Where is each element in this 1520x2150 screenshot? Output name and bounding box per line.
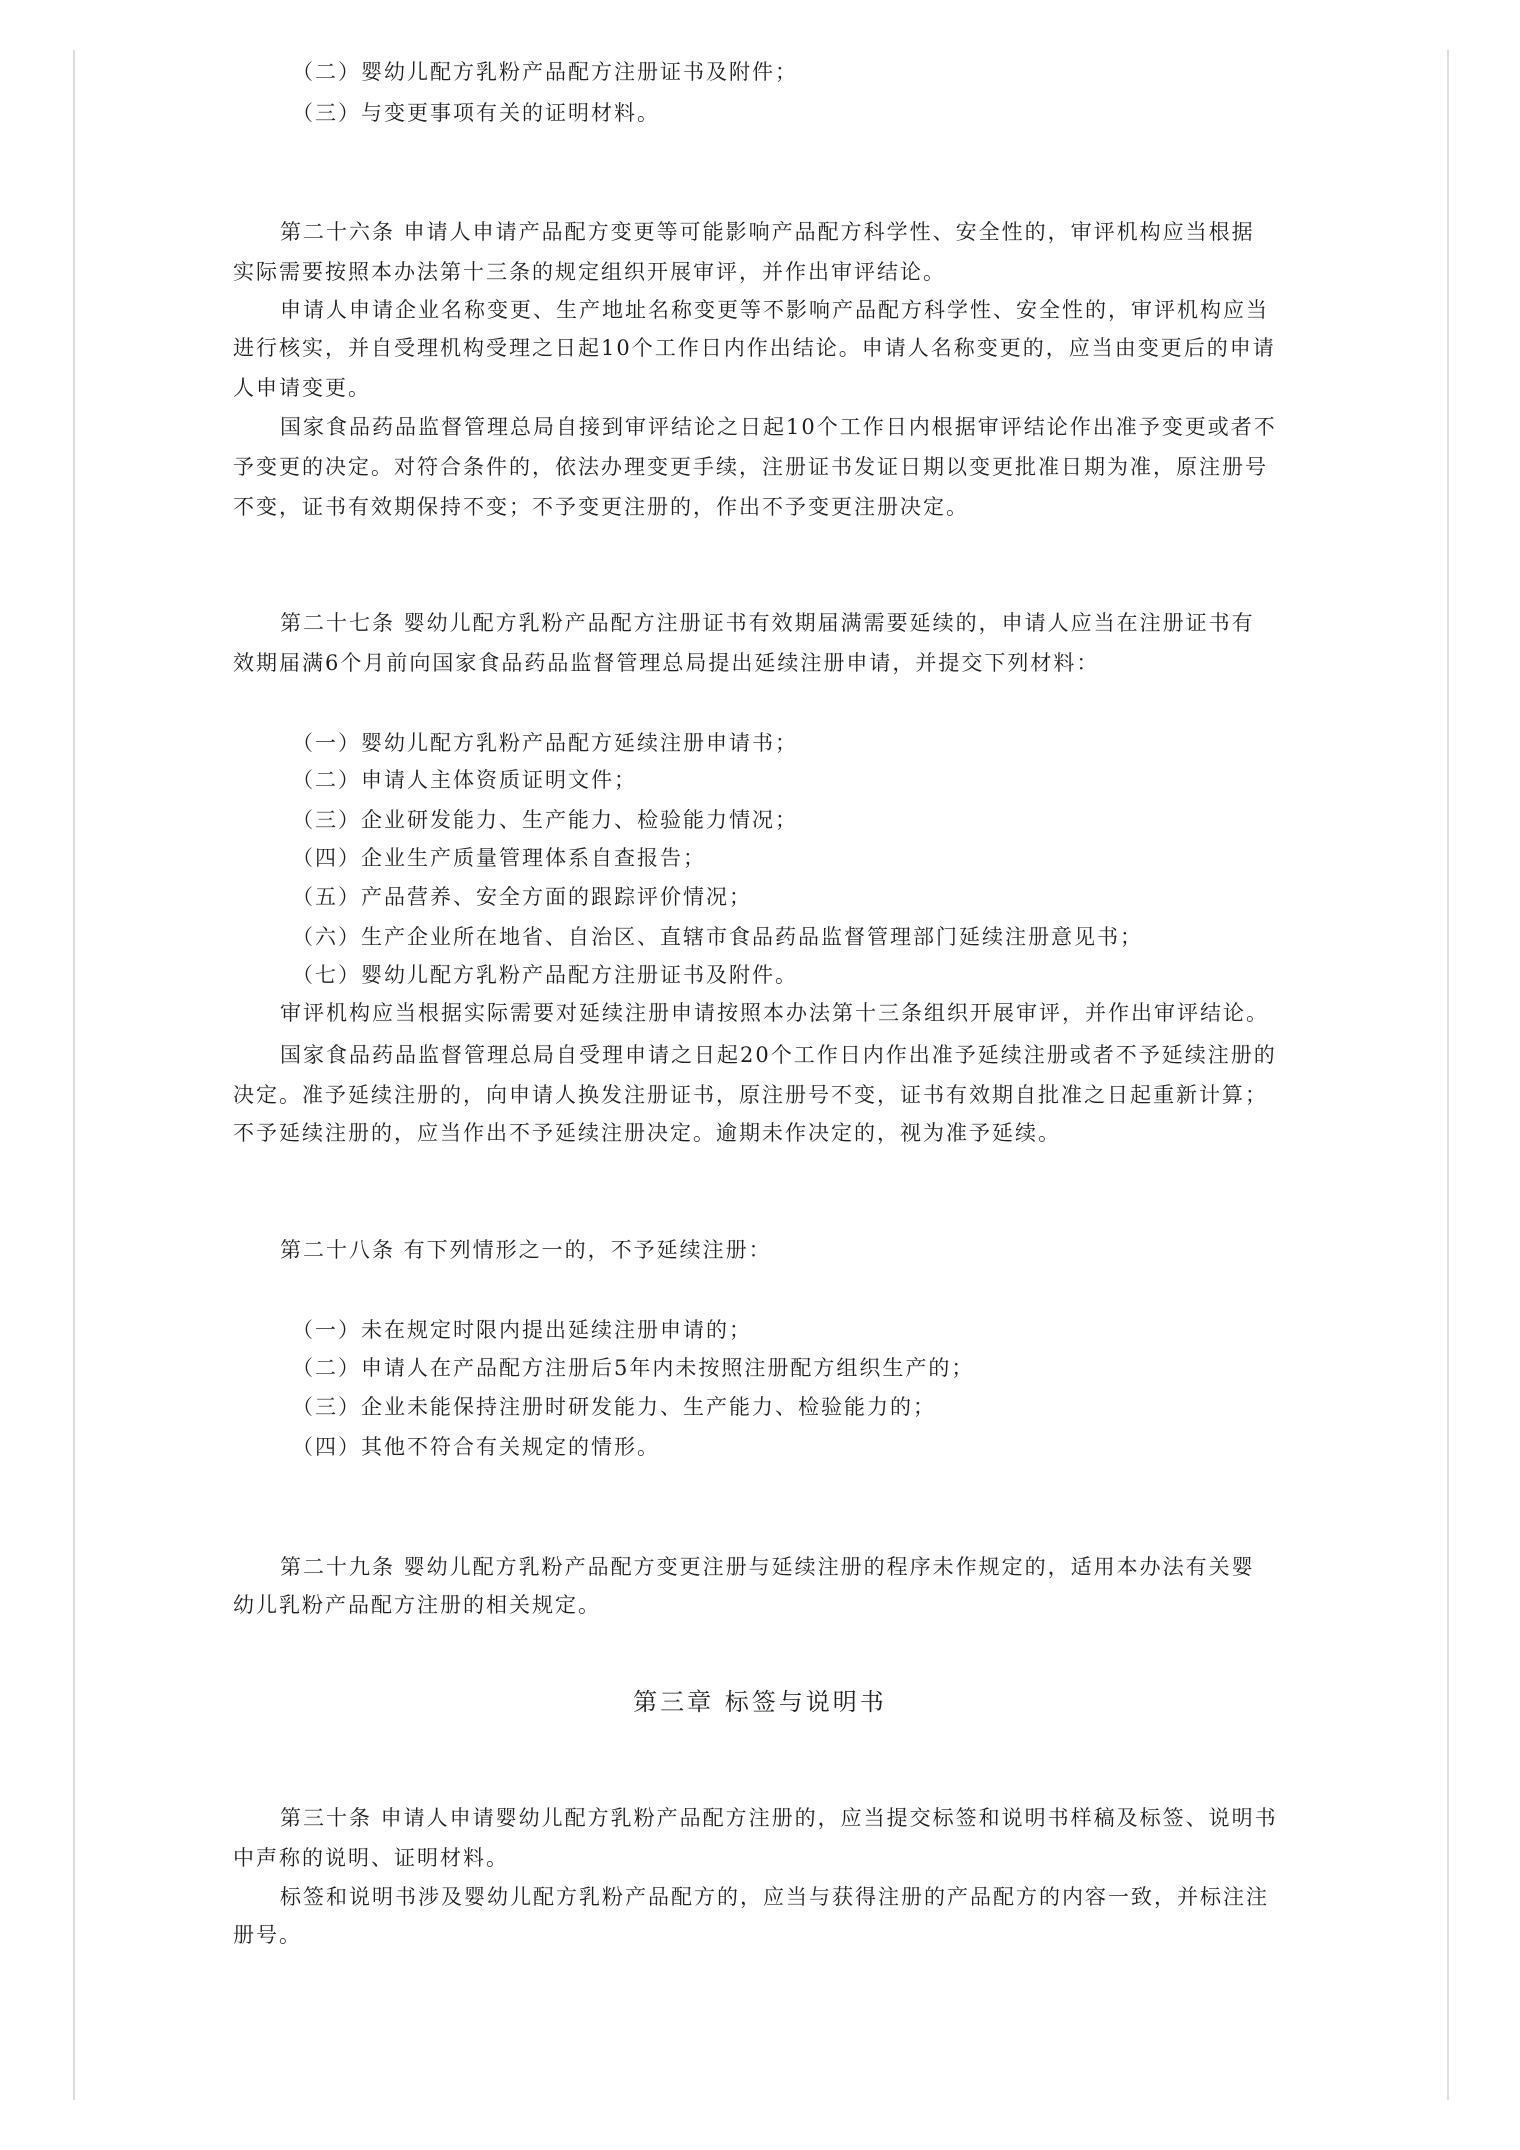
article-26-heading-line: 第二十六条 申请人申请产品配方变更等可能影响产品配方科学性、安全性的，审评机构应…	[280, 218, 1255, 246]
article-27-heading-line: 第二十七条 婴幼儿配方乳粉产品配方注册证书有效期届满需要延续的，申请人应当在注册…	[280, 609, 1255, 637]
list-item: （四）其他不符合有关规定的情形。	[292, 1433, 660, 1461]
article-29-heading-line: 第二十九条 婴幼儿配方乳粉产品配方变更注册与延续注册的程序未作规定的，适用本办法…	[280, 1553, 1255, 1581]
article-28-heading-line: 第二十八条 有下列情形之一的，不予延续注册：	[280, 1236, 772, 1264]
paragraph-line: 册号。	[233, 1921, 302, 1949]
paragraph-line: 幼儿乳粉产品配方注册的相关规定。	[233, 1591, 601, 1619]
paragraph-line: 国家食品药品监督管理总局自受理申请之日起20个工作日内作出准予延续注册或者不予延…	[280, 1041, 1277, 1069]
list-item: （三）企业未能保持注册时研发能力、生产能力、检验能力的；	[292, 1393, 936, 1421]
list-item: （二）申请人主体资质证明文件；	[292, 766, 637, 794]
paragraph-line: 不予延续注册的，应当作出不予延续注册决定。逾期未作决定的，视为准予延续。	[233, 1119, 1061, 1147]
paragraph-line: 实际需要按照本办法第十三条的规定组织开展审评，并作出审评结论。	[233, 258, 946, 286]
list-item: （一）婴幼儿配方乳粉产品配方延续注册申请书；	[292, 729, 798, 757]
paragraph-line: 标签和说明书涉及婴幼儿配方乳粉产品配方的，应当与获得注册的产品配方的内容一致，并…	[280, 1883, 1269, 1911]
article-30-heading-line: 第三十条 申请人申请婴幼儿配方乳粉产品配方注册的，应当提交标签和说明书样稿及标签…	[280, 1804, 1278, 1832]
paragraph-line: 国家食品药品监督管理总局自接到审评结论之日起10个工作日内根据审评结论作出准予变…	[280, 413, 1277, 441]
paragraph-line: 不变，证书有效期保持不变；不予变更注册的，作出不予变更注册决定。	[233, 493, 969, 521]
paragraph-line: 进行核实，并自受理机构受理之日起10个工作日内作出结论。申请人名称变更的，应当由…	[233, 334, 1276, 362]
chapter-heading: 第三章 标签与说明书	[0, 1686, 1520, 1718]
document-page: （二）婴幼儿配方乳粉产品配方注册证书及附件； （三）与变更事项有关的证明材料。 …	[0, 0, 1520, 2150]
paragraph-line: 予变更的决定。对符合条件的，依法办理变更手续，注册证书发证日期以变更批准日期为准…	[233, 453, 1268, 481]
list-item: （六）生产企业所在地省、自治区、直辖市食品药品监督管理部门延续注册意见书；	[292, 923, 1143, 951]
list-item: （三）企业研发能力、生产能力、检验能力情况；	[292, 806, 798, 834]
list-item: （二）申请人在产品配方注册后5年内未按照注册配方组织生产的；	[292, 1354, 974, 1382]
page-border-right	[1447, 50, 1449, 2100]
page-border-left	[73, 50, 75, 2100]
paragraph-line: 审评机构应当根据实际需要对延续注册申请按照本办法第十三条组织开展审评，并作出审评…	[280, 999, 1269, 1027]
list-item: （四）企业生产质量管理体系自查报告；	[292, 844, 706, 872]
list-item: （三）与变更事项有关的证明材料。	[292, 99, 660, 127]
paragraph-line: 中声称的说明、证明材料。	[233, 1844, 509, 1872]
paragraph-line: 申请人申请企业名称变更、生产地址名称变更等不影响产品配方科学性、安全性的，审评机…	[280, 296, 1269, 324]
paragraph-line: 效期届满6个月前向国家食品药品监督管理总局提出延续注册申请，并提交下列材料：	[233, 649, 1099, 677]
list-item: （五）产品营养、安全方面的跟踪评价情况；	[292, 883, 752, 911]
paragraph-line: 决定。准予延续注册的，向申请人换发注册证书，原注册号不变，证书有效期自批准之日起…	[233, 1081, 1268, 1109]
list-item: （七）婴幼儿配方乳粉产品配方注册证书及附件。	[292, 961, 798, 989]
list-item: （二）婴幼儿配方乳粉产品配方注册证书及附件；	[292, 58, 798, 86]
paragraph-line: 人申请变更。	[233, 374, 371, 402]
list-item: （一）未在规定时限内提出延续注册申请的；	[292, 1316, 752, 1344]
